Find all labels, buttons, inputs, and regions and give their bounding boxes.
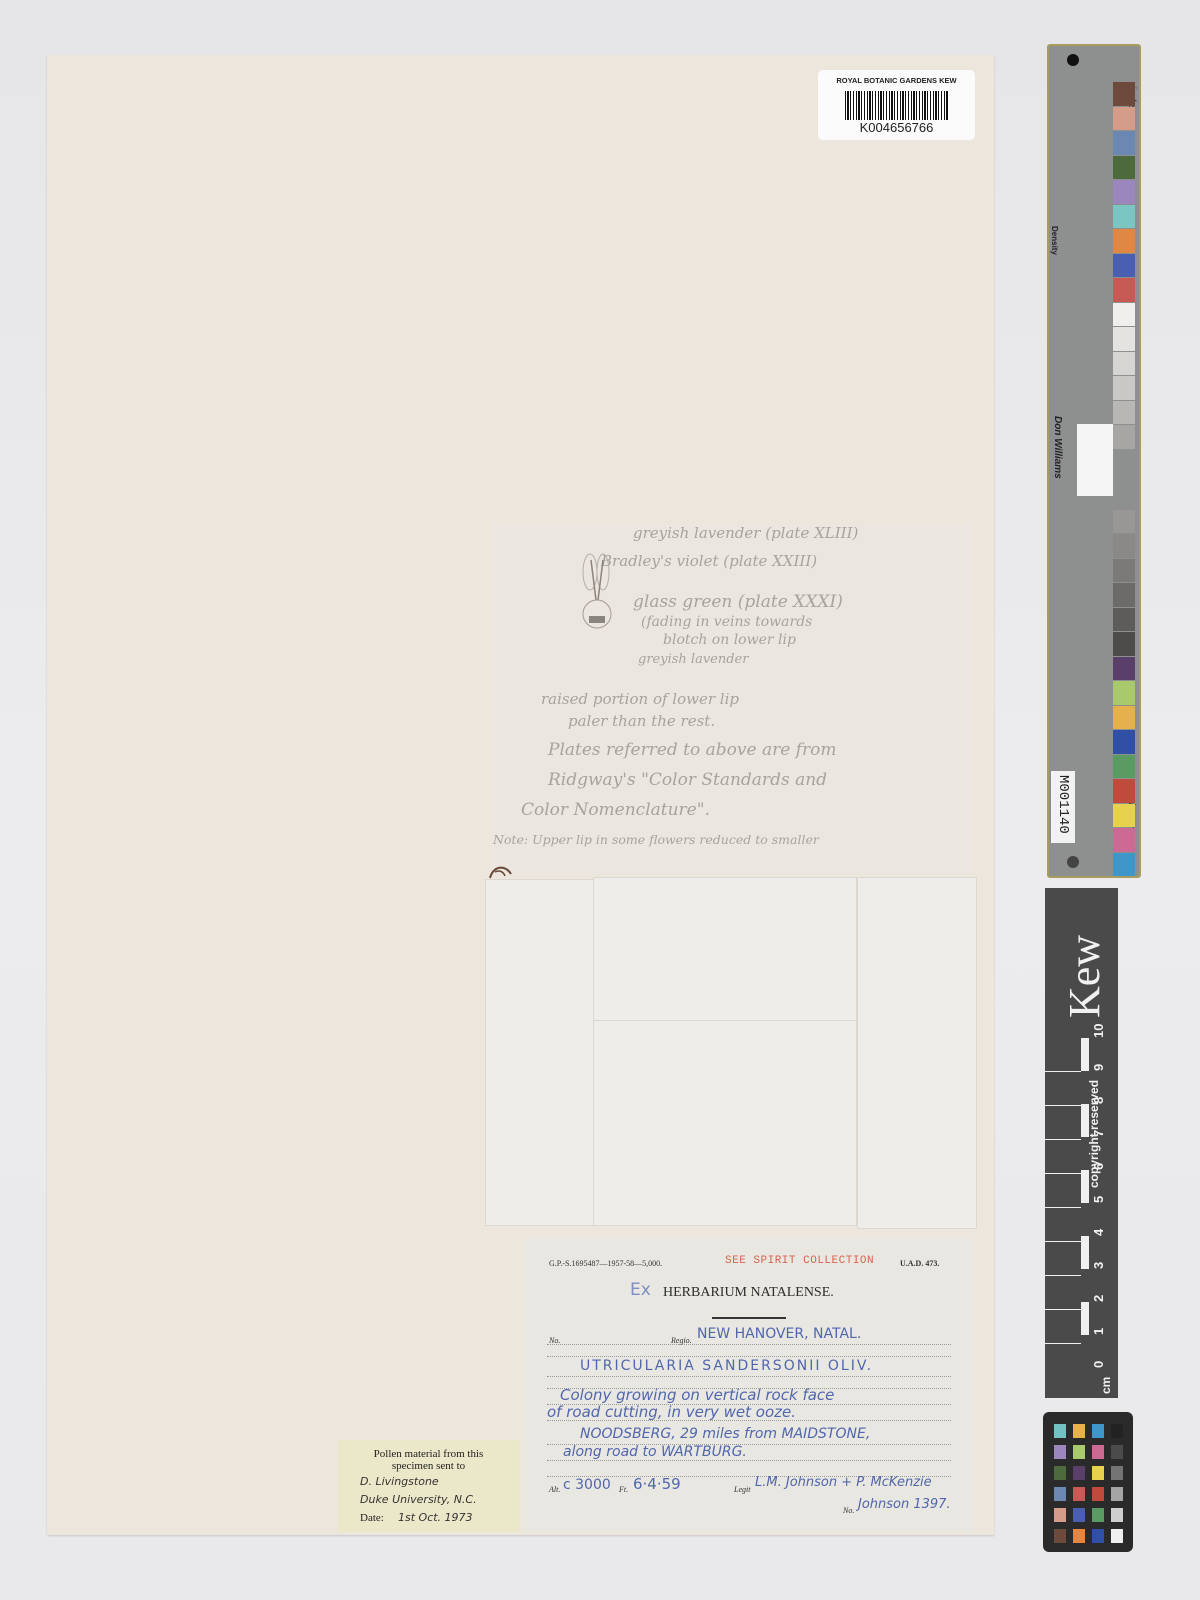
ruler-scale (1045, 1038, 1081, 1368)
colour-checker (1043, 1412, 1133, 1552)
colour-swatch (1113, 156, 1135, 180)
colour-swatch (1113, 131, 1135, 155)
checker-chip (1092, 1445, 1104, 1459)
colour-swatch (1113, 779, 1135, 803)
spirit-collection-stamp: SEE SPIRIT COLLECTION (725, 1255, 874, 1267)
species-name: UTRICULARIA SANDERSONII OLIV. (580, 1358, 873, 1374)
checker-chip (1111, 1466, 1123, 1480)
ruler-tick-label: 10 (1091, 1024, 1106, 1038)
colour-swatch (1113, 632, 1135, 656)
checker-chip (1111, 1445, 1123, 1459)
colour-swatch (1113, 706, 1135, 730)
note-line: glass green (plate XXXI) (633, 592, 843, 612)
colour-swatch (1113, 534, 1135, 558)
ruler-tick-label: 5 (1091, 1196, 1106, 1203)
colour-swatch (1113, 352, 1135, 376)
checker-chip (1111, 1424, 1123, 1438)
checker-chip (1092, 1487, 1104, 1501)
dotted-line (547, 1344, 951, 1345)
note-line: Color Nomenclature". (521, 800, 710, 820)
colour-swatch (1113, 559, 1135, 583)
habitat-line-2: of road cutting, in very wet ooze. (547, 1403, 796, 1421)
collector-number-label: No. (843, 1506, 854, 1515)
colour-swatch (1113, 254, 1135, 278)
collection-date: 6·4·59 (633, 1475, 681, 1493)
colour-swatch (1113, 229, 1135, 253)
barcode-org: ROYAL BOTANIC GARDENS KEW (818, 76, 975, 85)
collector-number: Johnson 1397. (858, 1497, 951, 1512)
checker-chip (1073, 1508, 1085, 1522)
brand-label: Don Williams (1052, 416, 1063, 479)
colour-swatch (1113, 755, 1135, 779)
colour-scale: inches Density Don Williams centimeters (1047, 44, 1141, 878)
density-label: Density (1050, 226, 1059, 255)
pollen-line-2: specimen sent to (338, 1460, 519, 1472)
packet-bottom-flap (593, 1020, 857, 1226)
pollen-label: Pollen material from this specimen sent … (338, 1440, 519, 1532)
colour-swatch (1113, 278, 1135, 302)
dotted-line (547, 1356, 951, 1357)
colour-swatch (1113, 425, 1135, 449)
scale-hole-icon (1067, 856, 1079, 868)
checker-chip (1054, 1487, 1066, 1501)
checker-chip (1054, 1466, 1066, 1480)
pollen-institution: Duke University, N.C. (360, 1493, 477, 1506)
colour-swatch (1113, 107, 1135, 131)
packet-left-flap (485, 879, 594, 1226)
note-line: (fading in veins towards (641, 614, 812, 630)
checker-chip (1111, 1508, 1123, 1522)
pollen-date-label: Date: (360, 1512, 384, 1524)
herbarium-label: G.P.-S.1695487—1957-58—5,000. SEE SPIRIT… (525, 1238, 973, 1532)
colour-swatch (1113, 376, 1135, 400)
dotted-line (547, 1376, 951, 1377)
locality-line-2: along road to WARTBURG. (563, 1444, 747, 1460)
pollen-line-1: Pollen material from this (338, 1448, 519, 1460)
altitude-value: c 3000 (563, 1477, 611, 1493)
colour-swatch (1113, 583, 1135, 607)
scale-id-label: M001140 (1051, 771, 1075, 843)
ruler-tick-label: 3 (1091, 1262, 1106, 1269)
ruler-tick-label: 4 (1091, 1229, 1106, 1236)
pollen-date: 1st Oct. 1973 (398, 1511, 473, 1524)
note-line: Ridgway's "Color Standards and (548, 770, 827, 790)
ft-label: Ft. (619, 1485, 628, 1494)
checker-chip (1054, 1424, 1066, 1438)
note-line: greyish lavender (638, 652, 748, 667)
note-line: raised portion of lower lip (541, 690, 739, 708)
barcode-icon (845, 91, 949, 120)
note-line: greyish lavender (plate XLIII) (633, 524, 858, 542)
pencil-note: greyish lavender (plate XLIII) Bradley's… (493, 522, 971, 874)
colour-swatch (1113, 730, 1135, 754)
scale-id: M001140 (1055, 775, 1071, 834)
colour-swatch (1113, 853, 1135, 877)
colour-swatch (1113, 657, 1135, 681)
flower-sketch-icon (575, 552, 620, 642)
colour-swatch (1113, 510, 1135, 534)
colour-swatch (1113, 205, 1135, 229)
kew-logo: Kew (1059, 935, 1110, 1018)
colour-swatch (1113, 681, 1135, 705)
uad-code: U.A.D. 473. (900, 1259, 939, 1268)
title-rule (712, 1317, 786, 1319)
note-line: Plates referred to above are from (548, 740, 836, 760)
dotted-line (547, 1460, 951, 1461)
ruler-tick-label: 1 (1091, 1328, 1106, 1335)
label-title: HERBARIUM NATALENSE. (663, 1285, 834, 1301)
cm-label: cm (1099, 1377, 1113, 1394)
checker-chip (1073, 1487, 1085, 1501)
scale-target-icon (1077, 424, 1113, 496)
checker-chip (1073, 1445, 1085, 1459)
habitat-line-1: Colony growing on vertical rock face (560, 1386, 834, 1404)
colour-swatch (1113, 327, 1135, 351)
colour-swatch (1113, 180, 1135, 204)
checker-chip (1073, 1424, 1085, 1438)
kew-ruler: Kew copyright reserved cm 012345678910 (1045, 888, 1118, 1398)
checker-chip (1111, 1529, 1123, 1543)
ruler-tick-label: 7 (1091, 1130, 1106, 1137)
colour-swatch (1113, 303, 1135, 327)
note-line: Bradley's violet (plate XXIII) (601, 552, 817, 570)
locality-line-1: NOODSBERG, 29 miles from MAIDSTONE, (580, 1426, 870, 1442)
checker-chip (1054, 1529, 1066, 1543)
packet-top-flap (593, 877, 857, 1022)
ruler-tick-label: 0 (1091, 1361, 1106, 1368)
colour-swatch (1113, 82, 1135, 106)
pollen-recipient: D. Livingstone (360, 1475, 439, 1488)
colour-swatch (1113, 804, 1135, 828)
dotted-line (547, 1420, 951, 1421)
colour-swatch (1113, 608, 1135, 632)
colour-swatch (1113, 401, 1135, 425)
barcode-label: ROYAL BOTANIC GARDENS KEW K004656766 (818, 70, 975, 140)
print-code: G.P.-S.1695487—1957-58—5,000. (549, 1259, 662, 1268)
note-line: Note: Upper lip in some flowers reduced … (493, 832, 819, 847)
legit-label: Legit (734, 1485, 750, 1494)
checker-chip (1054, 1508, 1066, 1522)
checker-chip (1073, 1529, 1085, 1543)
checker-chip (1054, 1445, 1066, 1459)
ruler-tick-label: 6 (1091, 1163, 1106, 1170)
ruler-tick-label: 9 (1091, 1064, 1106, 1071)
ruler-ticks (1081, 1038, 1089, 1368)
alt-label: Alt. (549, 1485, 560, 1494)
note-line: paler than the rest. (568, 712, 715, 730)
checker-chip (1073, 1466, 1085, 1480)
regio-value: NEW HANOVER, NATAL. (697, 1326, 861, 1342)
packet-right-flap (857, 877, 977, 1229)
colour-swatch (1113, 828, 1135, 852)
checker-chip (1092, 1508, 1104, 1522)
checker-chip (1092, 1466, 1104, 1480)
fragment-packet[interactable] (485, 877, 977, 1227)
barcode-number: K004656766 (818, 120, 975, 135)
ruler-tick-label: 2 (1091, 1295, 1106, 1302)
collectors: L.M. Johnson + P. McKenzie (755, 1475, 932, 1490)
checker-chip (1111, 1487, 1123, 1501)
checker-chip (1092, 1424, 1104, 1438)
ex-prefix: Ex (630, 1280, 651, 1300)
ruler-tick-label: 8 (1091, 1097, 1106, 1104)
checker-chip (1092, 1529, 1104, 1543)
note-line: blotch on lower lip (663, 632, 796, 648)
scale-hole-icon (1067, 54, 1079, 66)
